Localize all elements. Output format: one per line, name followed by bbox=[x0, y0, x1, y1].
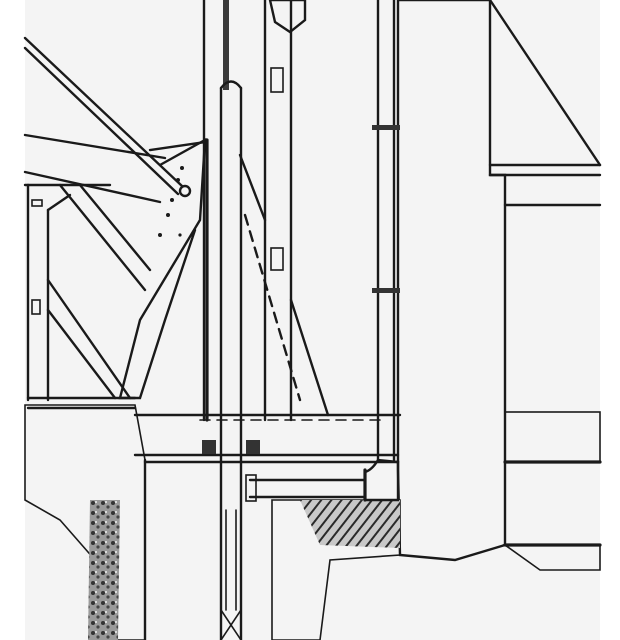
engraving-figure bbox=[0, 0, 620, 640]
pipe-clamp-lower bbox=[372, 288, 400, 293]
pipe-clamp-upper bbox=[372, 125, 400, 130]
bearing-block-left bbox=[202, 440, 216, 454]
bearing-block-right bbox=[246, 440, 260, 454]
